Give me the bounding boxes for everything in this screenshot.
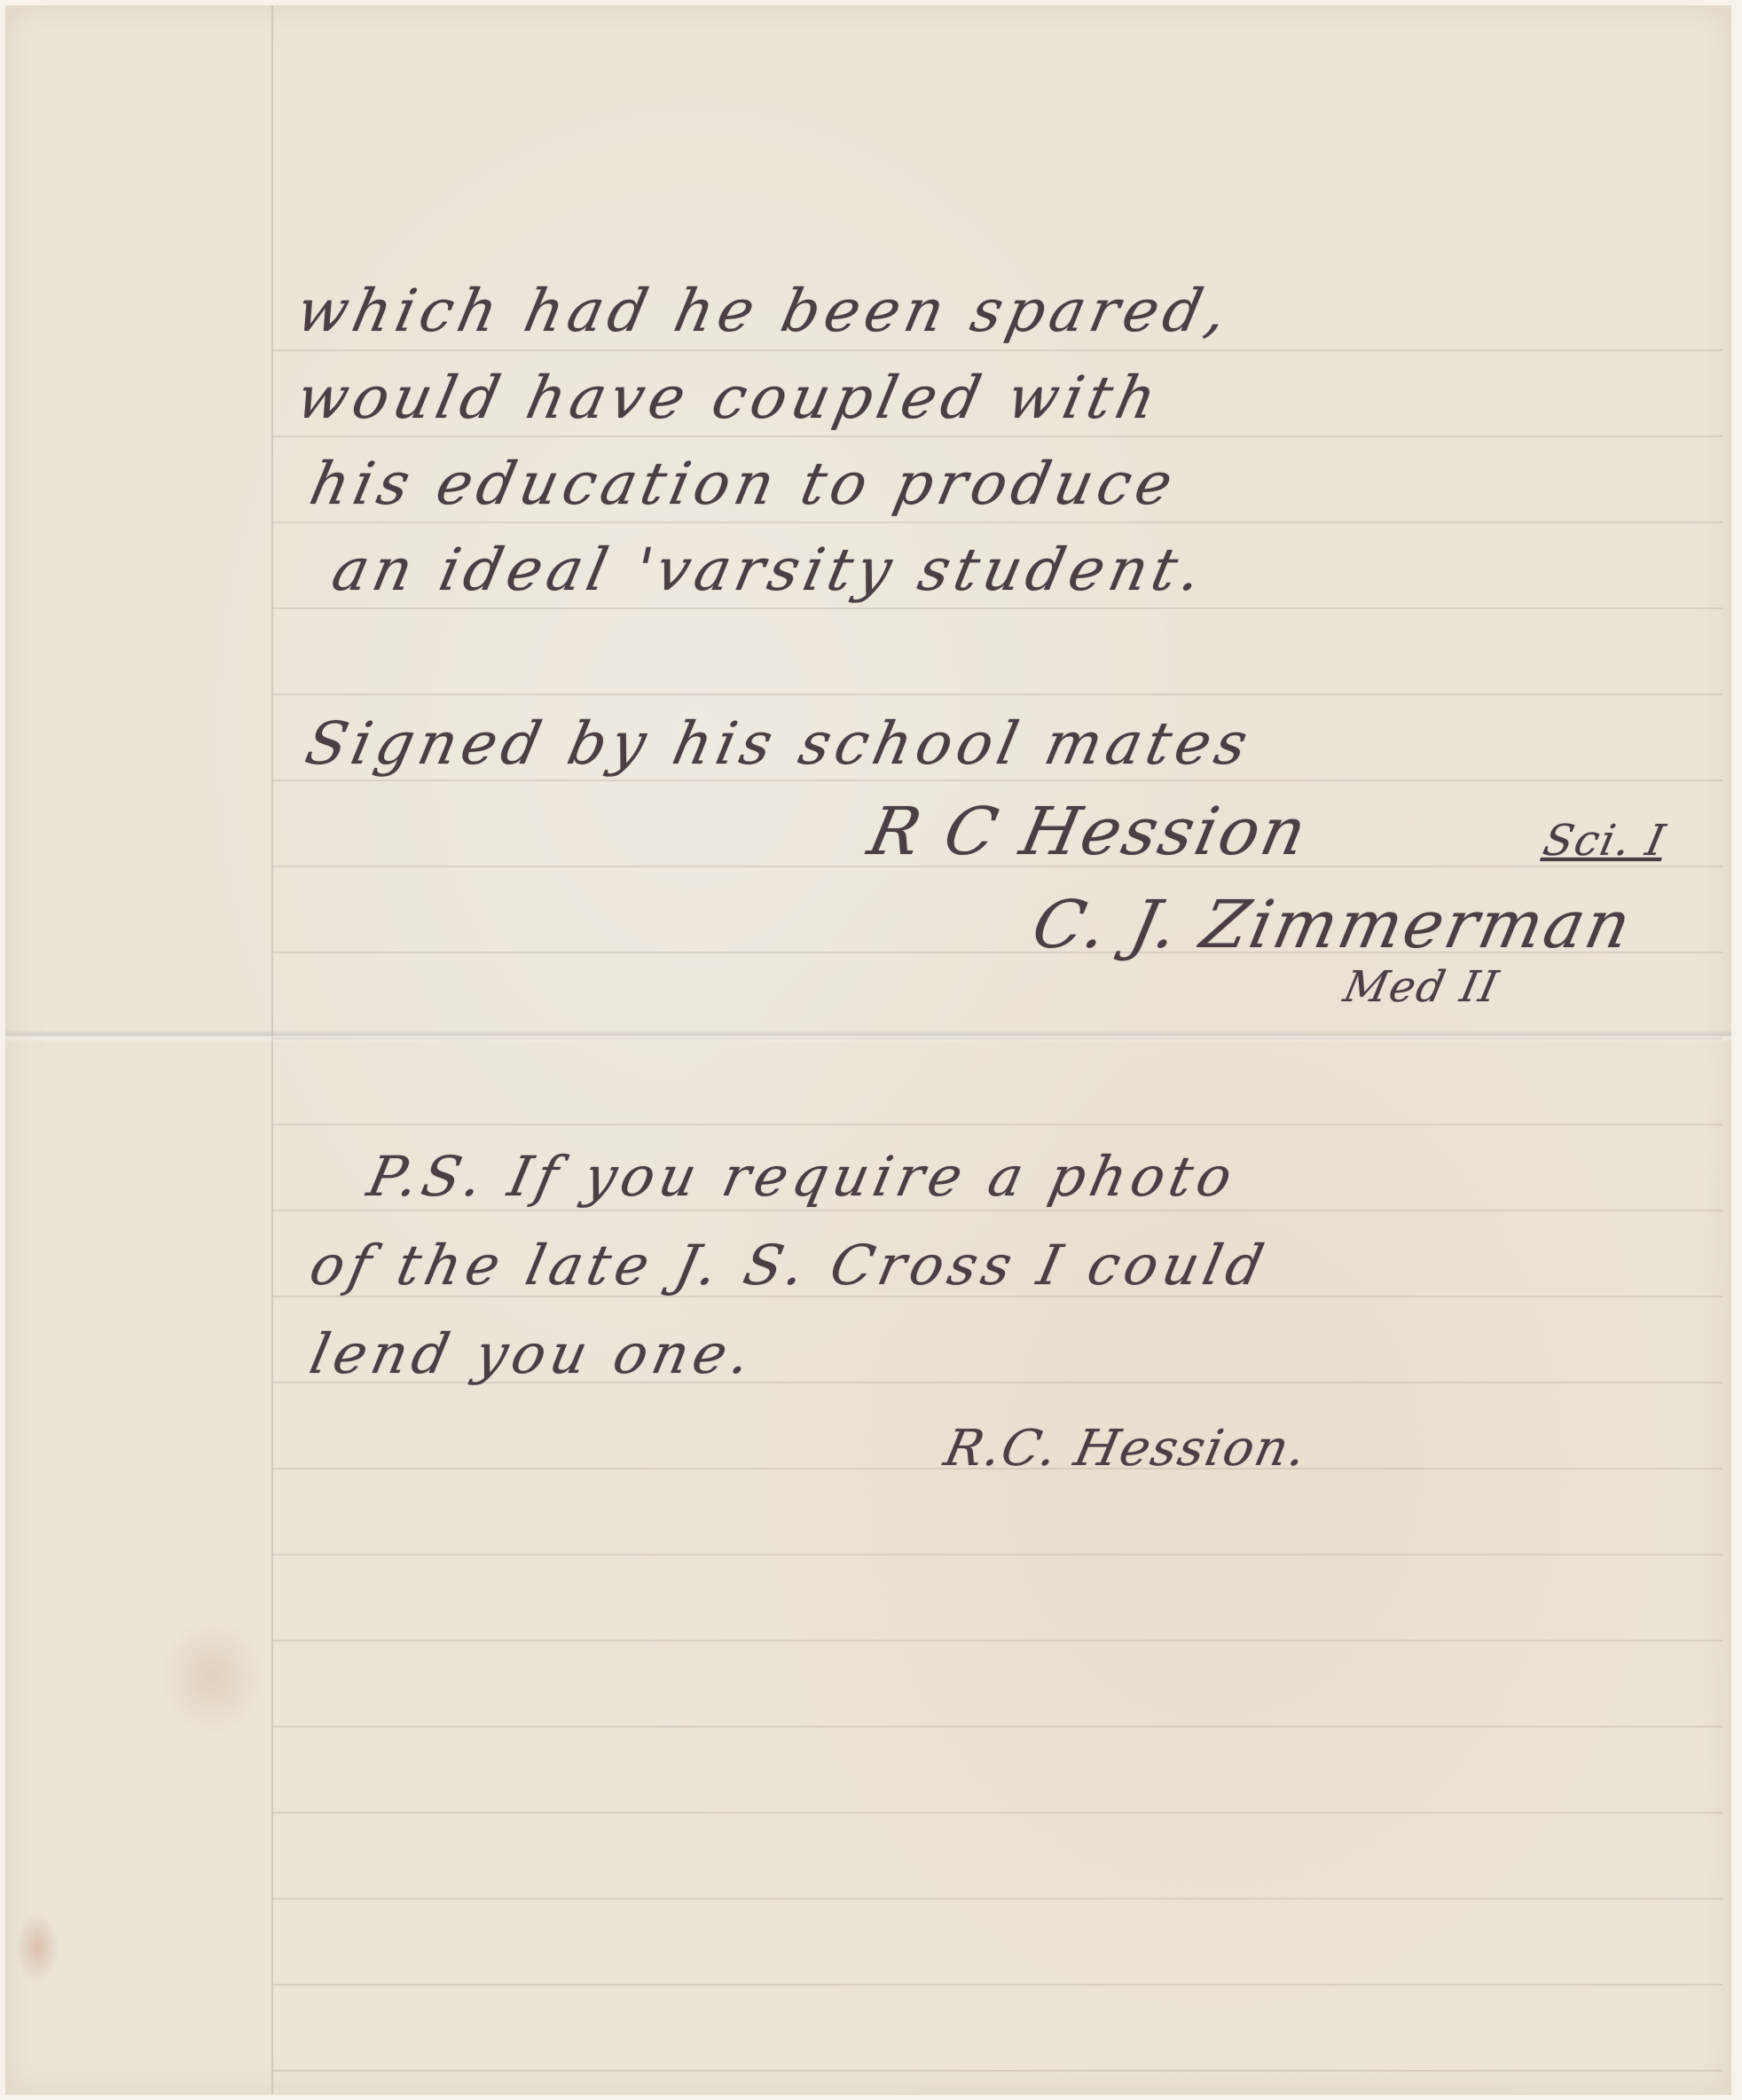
letter-page: which had he been spared, would have cou…: [5, 5, 1731, 2095]
ruled-line: [271, 521, 1722, 523]
body-line-4: an ideal 'varsity student.: [327, 541, 1212, 599]
signatory-2-name: C. J. Zimmerman: [1027, 892, 1638, 958]
signatory-1-name: R C Hession: [863, 799, 1314, 865]
ruled-line: [271, 1726, 1722, 1728]
ruled-line: [271, 780, 1722, 781]
body-line-2: would have coupled with: [292, 369, 1166, 427]
signed-by-intro: Signed by his school mates: [301, 715, 1258, 773]
ruled-line: [271, 435, 1722, 437]
ruled-line: [271, 1984, 1722, 1986]
body-line-1: which had he been spared,: [292, 282, 1236, 341]
signatory-1-designation: Sci. I: [1540, 819, 1670, 862]
signatory-2-designation: Med II: [1340, 966, 1503, 1008]
postscript-line-1: P.S. If you require a photo: [363, 1149, 1242, 1204]
ruled-line: [271, 693, 1722, 695]
postscript-signature: R.C. Hession.: [940, 1424, 1312, 1474]
postscript-line-3: lend you one.: [305, 1327, 760, 1382]
paper-fold-crease: [5, 1030, 1731, 1042]
margin-line: [271, 5, 273, 2095]
ruled-line: [271, 1210, 1722, 1211]
ruled-line: [271, 607, 1722, 609]
ruled-line: [271, 1812, 1722, 1814]
ruled-line: [271, 1554, 1722, 1555]
ruled-line: [271, 1124, 1722, 1125]
ruled-line: [271, 349, 1722, 351]
ruled-line: [271, 1898, 1722, 1900]
paper-stain: [16, 1912, 60, 1983]
body-line-3: his education to produce: [305, 455, 1182, 513]
ruled-line: [271, 1640, 1722, 1642]
postscript-line-2: of the late J. S. Cross I could: [305, 1238, 1273, 1293]
ruled-line: [271, 2070, 1722, 2072]
